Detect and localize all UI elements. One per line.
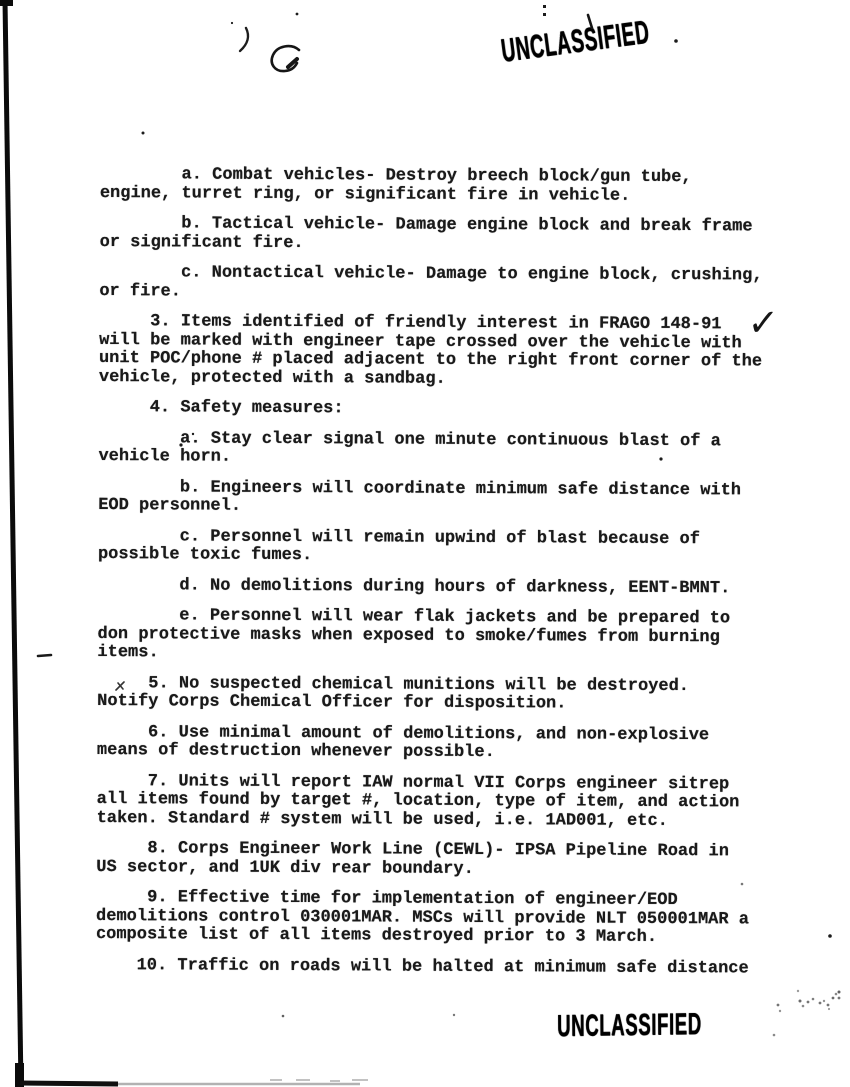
document-body: a. Combat vehicles- Destroy breech block…: [96, 166, 824, 991]
scanned-document-page: UNCLASSIFIED a. Combat vehicles- Destroy…: [0, 0, 850, 1087]
margin-dash-mark: [38, 655, 51, 656]
handwritten-checkmark: ✓: [746, 302, 779, 345]
paragraph-7: 7. Units will report IAW normal VII Corp…: [97, 772, 821, 831]
paragraph-8: 8. Corps Engineer Work Line (CEWL)- IPSA…: [96, 840, 820, 881]
paragraph-3: 3. Items identified of friendly interest…: [99, 313, 823, 391]
paragraph-2c: c. Nontactical vehicle- Damage to engine…: [99, 264, 823, 305]
paragraph-2a: a. Combat vehicles- Destroy breech block…: [100, 166, 824, 207]
paragraph-5: 5. No suspected chemical munitions will …: [97, 674, 821, 715]
paragraph-10: 10. Traffic on roads will be halted at m…: [96, 956, 820, 978]
pen-mark-paren: [231, 13, 299, 51]
bottom-scan-noise: [270, 1080, 368, 1081]
paragraph-4e: e. Personnel will wear flak jackets and …: [97, 607, 821, 666]
pen-mark-loop: [272, 46, 299, 71]
smudge-mark: [773, 990, 841, 1036]
paragraph-4d: d. No demolitions during hours of darkne…: [98, 576, 822, 598]
paragraph-6: 6. Use minimal amount of demolitions, an…: [97, 723, 821, 764]
paragraph-4b: b. Engineers will coordinate minimum saf…: [98, 478, 822, 519]
paragraph-2b: b. Tactical vehicle- Damage engine block…: [100, 215, 824, 256]
paragraph-4a: a. Stay clear signal one minute continuo…: [98, 429, 822, 470]
unclassified-stamp-top: UNCLASSIFIED: [499, 14, 652, 70]
paragraph-9: 9. Effective time for implementation of …: [96, 889, 820, 948]
unclassified-stamp-bottom: UNCLASSIFIED: [557, 1006, 702, 1044]
paragraph-4: 4. Safety measures:: [99, 399, 823, 421]
paragraph-4c: c. Personnel will remain upwind of blast…: [98, 527, 822, 568]
